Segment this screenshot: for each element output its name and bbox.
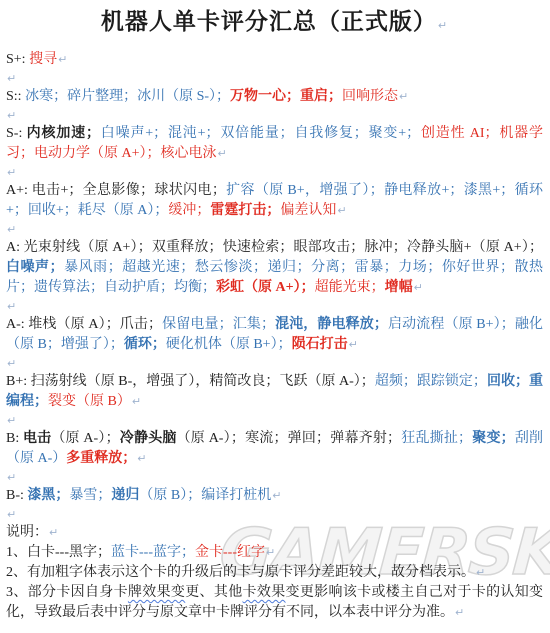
tier-label: S+: <box>6 52 29 67</box>
card-text-segment: 1、白卡---黑字； <box>6 545 111 560</box>
paragraph-mark-icon: ↵ <box>7 166 16 179</box>
tier-row-B-: B-: 漆黑；暴雪；递归（原 B）；编译打桩机↵ <box>6 486 543 506</box>
empty-line: ↵ <box>6 70 543 87</box>
note-item-1: 1、白卡---黑字；蓝卡---蓝字；金卡---红字↵ <box>6 543 543 563</box>
paragraph-mark-icon: ↵ <box>7 109 16 122</box>
notes-heading-row: 说明：↵ <box>6 523 543 543</box>
empty-line: ↵ <box>6 107 543 124</box>
tier-list: S+: 搜寻↵↵S:: 冰寒；碎片整理；冰川（原 S-）；万物一心；重启；回响形… <box>6 50 543 523</box>
card-text-segment: 回响形态 <box>342 89 398 104</box>
card-text-segment: 混沌，静电释放； <box>275 317 388 332</box>
tier-label: B-: <box>6 488 27 503</box>
paragraph-mark-icon: ↵ <box>7 471 16 484</box>
card-text-segment: 更、其他 <box>185 585 242 600</box>
tier-label: B+: <box>6 374 31 389</box>
card-text-segment: 蓝卡---蓝字； <box>111 545 195 560</box>
card-text-segment: 内核加速； <box>27 126 100 141</box>
card-text-segment: 堆栈（原 A）；爪击； <box>28 317 162 332</box>
tier-row-B+: B+: 扫荡射线（原 B-，增强了），精简改良；飞跃（原 A-）；超频；跟踪锁定… <box>6 372 543 412</box>
tier-label: A: <box>6 240 24 255</box>
page-title: 机器人单卡评分汇总（正式版）↵ <box>6 7 543 41</box>
paragraph-mark-icon: ↵ <box>7 72 16 85</box>
card-text-segment: 彩虹（原 A+）； <box>216 280 315 295</box>
card-text-segment: 暴雪； <box>69 488 111 503</box>
card-text-segment: 缓冲； <box>168 203 210 218</box>
notes-heading: 说明： <box>6 525 48 540</box>
paragraph-mark-icon: ↵ <box>218 147 227 160</box>
card-text-segment: 雷霆打击； <box>210 203 280 218</box>
tier-row-A-: A-: 堆栈（原 A）；爪击；保留电量；汇集；混沌，静电释放；启动流程（原 B+… <box>6 315 543 355</box>
empty-line: ↵ <box>6 298 543 315</box>
paragraph-mark-icon: ↵ <box>7 357 16 370</box>
card-text-segment: 电击+；全息影像；球状闪电； <box>32 183 226 198</box>
card-text-segment: 保留电量；汇集； <box>162 317 275 332</box>
card-text-segment: 金卡---红字 <box>195 545 265 560</box>
paragraph-mark-icon: ↵ <box>266 546 275 559</box>
document-page: 机器人单卡评分汇总（正式版）↵ S+: 搜寻↵↵S:: 冰寒；碎片整理；冰川（原… <box>0 0 550 623</box>
card-text-segment: 递归 <box>111 488 139 503</box>
notes-section: 说明：↵ 1、白卡---黑字；蓝卡---蓝字；金卡---红字↵2、有加粗字体表示… <box>6 523 543 623</box>
empty-line: ↵ <box>6 412 543 429</box>
tier-label: A-: <box>6 317 28 332</box>
card-text-segment: 增幅 <box>385 280 413 295</box>
card-text-segment: 超频；跟踪锁定； <box>375 374 487 389</box>
card-text-segment: 白噪声； <box>6 260 64 275</box>
card-text-segment: 狂乱撕扯； <box>401 431 472 446</box>
spellcheck-underlined-text: 牌效果变 <box>128 585 185 600</box>
card-text-segment: 冷静头脑 <box>120 431 177 446</box>
tier-label: S-: <box>6 126 27 141</box>
paragraph-mark-icon: ↵ <box>272 489 281 502</box>
paragraph-mark-icon: ↵ <box>399 90 408 103</box>
note-items: 1、白卡---黑字；蓝卡---蓝字；金卡---红字↵2、有加粗字体表示这个卡的升… <box>6 543 543 623</box>
tier-row-B: B: 电击（原 A-）；冷静头脑（原 A-）；寒流；弹回；弹幕齐射；狂乱撕扯；聚… <box>6 429 543 469</box>
note-item-3: 3、部分卡因自身卡牌效果变更、其他卡效果变更影响该卡或楼主自己对于卡的认知变化，… <box>6 583 543 623</box>
paragraph-mark-icon: ↵ <box>58 53 67 66</box>
card-text-segment: （原 B）；编译打桩机 <box>139 488 271 503</box>
card-text-segment: 陨石打击 <box>292 337 348 352</box>
paragraph-mark-icon: ↵ <box>49 526 58 539</box>
paragraph-mark-icon: ↵ <box>438 19 448 32</box>
tier-row-S+: S+: 搜寻↵ <box>6 50 543 70</box>
empty-line: ↵ <box>6 469 543 486</box>
tier-label: B: <box>6 431 23 446</box>
paragraph-mark-icon: ↵ <box>455 606 464 619</box>
card-text-segment: （原 A-）；寒流；弹回；弹幕齐射； <box>177 431 401 446</box>
card-text-segment: 2、有加粗字体表示这个卡的升级后的卡与原卡评分差距较大，故分档表示。 <box>6 565 475 580</box>
tier-row-A+: A+: 电击+；全息影像；球状闪电；扩容（原 B+，增强了）；静电释放+；漆黑+… <box>6 181 543 221</box>
card-text-segment: 万物一心；重启； <box>230 89 342 104</box>
card-text-segment: （原 A-）； <box>51 431 119 446</box>
card-text-segment: 电击 <box>23 431 51 446</box>
card-text-segment: 搜寻 <box>29 52 57 67</box>
card-text-segment: 扫荡射线（原 B-，增强了），精简改良；飞跃（原 A-）； <box>31 374 375 389</box>
empty-line: ↵ <box>6 355 543 372</box>
paragraph-mark-icon: ↵ <box>7 223 16 236</box>
tier-label: S:: <box>6 89 25 104</box>
paragraph-mark-icon: ↵ <box>7 414 16 427</box>
spellcheck-underlined-text: 卡效果 <box>243 585 286 600</box>
tier-row-S: S:: 冰寒；碎片整理；冰川（原 S-）；万物一心；重启；回响形态↵ <box>6 87 543 107</box>
card-text-segment: 硬化机体（原 B+）； <box>166 337 292 352</box>
card-text-segment: 冰寒；碎片整理；冰川（原 S-）； <box>25 89 230 104</box>
tier-row-A: A: 光束射线（原 A+）；双重释放；快速检索；眼部攻击；脉冲；冷静头脑+（原 … <box>6 238 543 298</box>
card-text-segment: 偏差认知 <box>280 203 336 218</box>
note-item-2: 2、有加粗字体表示这个卡的升级后的卡与原卡评分差距较大，故分档表示。↵ <box>6 563 543 583</box>
card-text-segment: 多重释放； <box>66 451 136 466</box>
card-text-segment: 裂变（原 B） <box>48 394 131 409</box>
paragraph-mark-icon: ↵ <box>7 508 16 521</box>
paragraph-mark-icon: ↵ <box>7 300 16 313</box>
page-title-text: 机器人单卡评分汇总（正式版） <box>101 9 437 34</box>
paragraph-mark-icon: ↵ <box>476 566 485 579</box>
empty-line: ↵ <box>6 221 543 238</box>
card-text-segment: 漆黑； <box>27 488 69 503</box>
card-text-segment: 聚变； <box>472 431 515 446</box>
paragraph-mark-icon: ↵ <box>349 338 358 351</box>
card-text-segment: 超能光束； <box>315 280 385 295</box>
paragraph-mark-icon: ↵ <box>132 395 141 408</box>
card-text-segment: 光束射线（原 A+）；双重释放；快速检索；眼部攻击；脉冲；冷静头脑+（原 A+）… <box>24 240 543 255</box>
paragraph-mark-icon: ↵ <box>137 452 146 465</box>
card-text-segment: 循环； <box>124 337 166 352</box>
paragraph-mark-icon: ↵ <box>337 204 346 217</box>
empty-line: ↵ <box>6 164 543 181</box>
tier-label: A+: <box>6 183 32 198</box>
paragraph-mark-icon: ↵ <box>414 281 423 294</box>
card-text-segment: 3、部分卡因自身卡 <box>6 585 128 600</box>
tier-row-S-: S-: 内核加速；白噪声+；混沌+；双倍能量；自我修复；聚变+；创造性 AI；机… <box>6 124 543 164</box>
card-text-segment: 白噪声+；混沌+；双倍能量；自我修复；聚变+； <box>100 126 420 141</box>
empty-line: ↵ <box>6 506 543 523</box>
